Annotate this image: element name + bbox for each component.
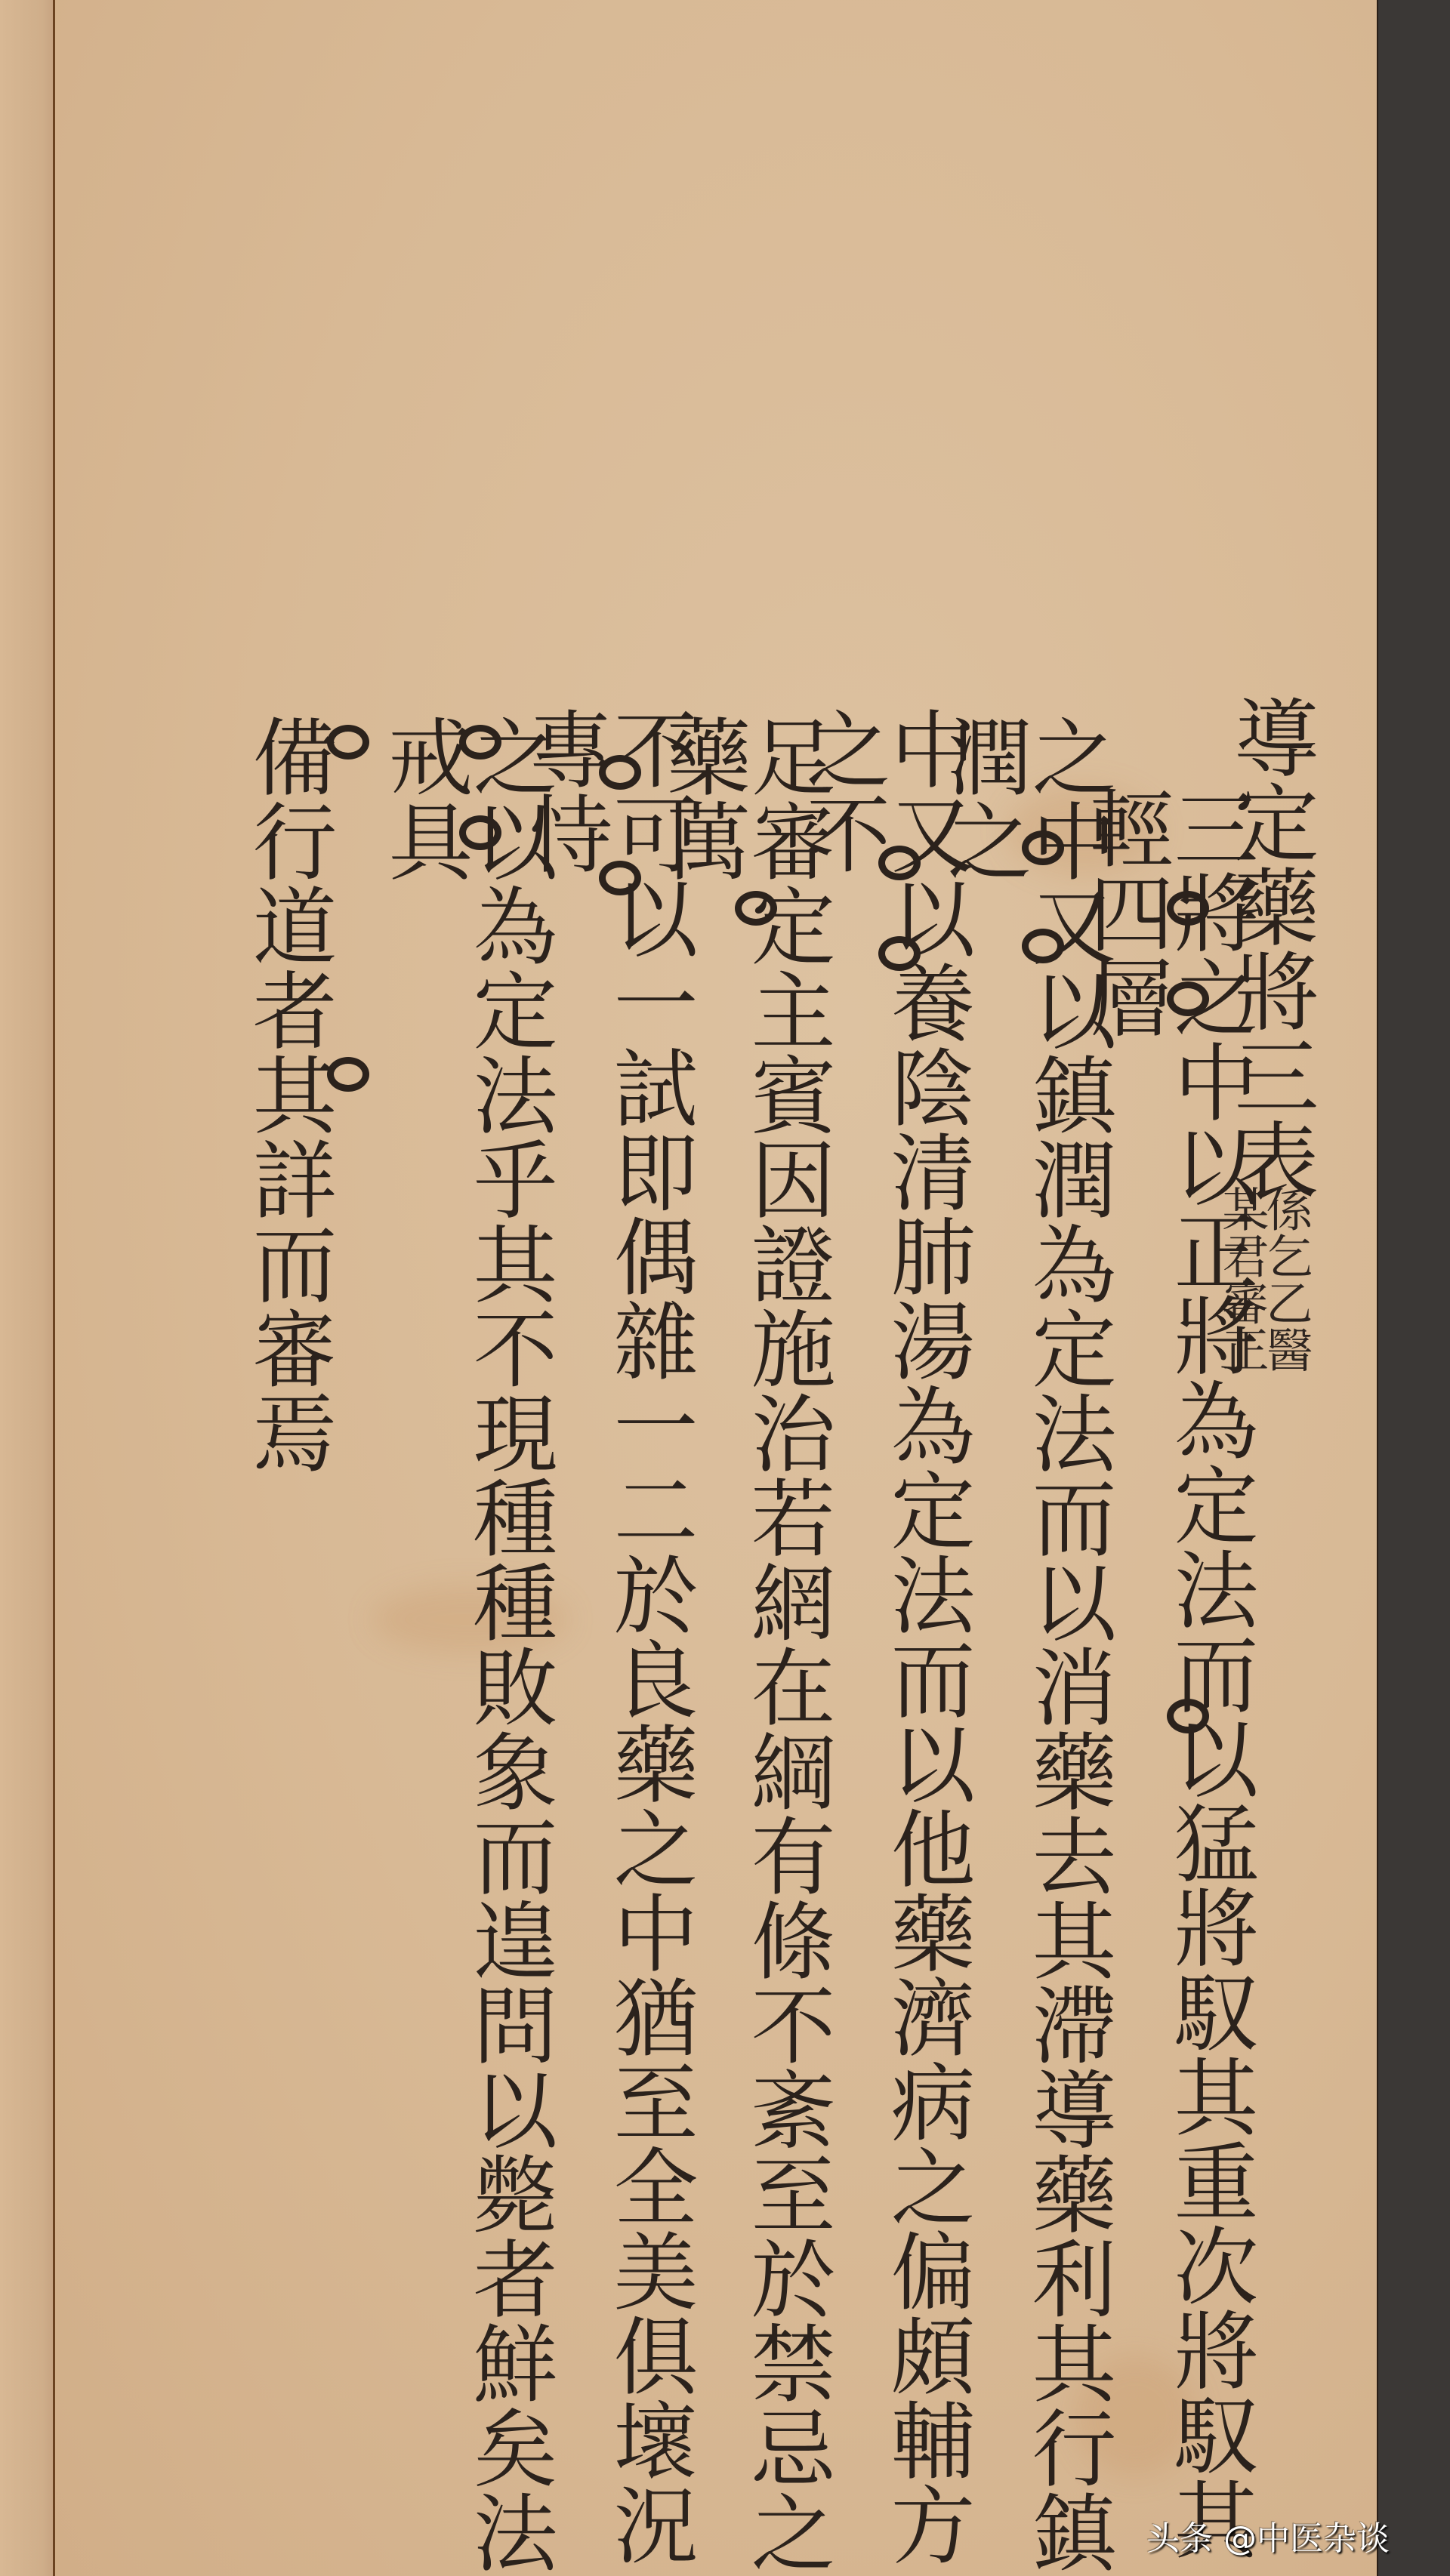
circle-mark-icon: [878, 936, 921, 971]
circle-mark-icon: [1167, 891, 1209, 926]
circle-mark-icon: [1022, 830, 1064, 865]
circle-mark-icon: [878, 846, 921, 880]
circle-mark-icon: [459, 815, 501, 850]
text-column-6: 之以為定法乎其不現種種敗象而遑問以斃者鮮矣法戒具: [381, 713, 551, 2576]
text-column-7: 備行道者其詳而審焉: [245, 713, 330, 1474]
circle-mark-icon: [327, 725, 369, 760]
circle-mark-icon: [327, 1057, 369, 1092]
watermark-label: 头条 @中医杂谈: [1146, 2511, 1390, 2559]
previous-page-edge: [0, 0, 53, 2576]
manuscript-page: 導定藥將三表 係乞乙醫 某君審正 三將之中以正將為定法而以猛將馭其重次將馭其輕四…: [55, 0, 1377, 2576]
circle-mark-icon: [735, 891, 777, 926]
circle-mark-icon: [599, 755, 641, 790]
circle-mark-icon: [459, 725, 501, 760]
book-cover-edge: [1377, 0, 1450, 2576]
circle-mark-icon: [599, 861, 641, 895]
circle-mark-icon: [1167, 981, 1209, 1016]
circle-mark-icon: [1022, 929, 1064, 963]
circle-mark-icon: [1167, 1699, 1209, 1733]
